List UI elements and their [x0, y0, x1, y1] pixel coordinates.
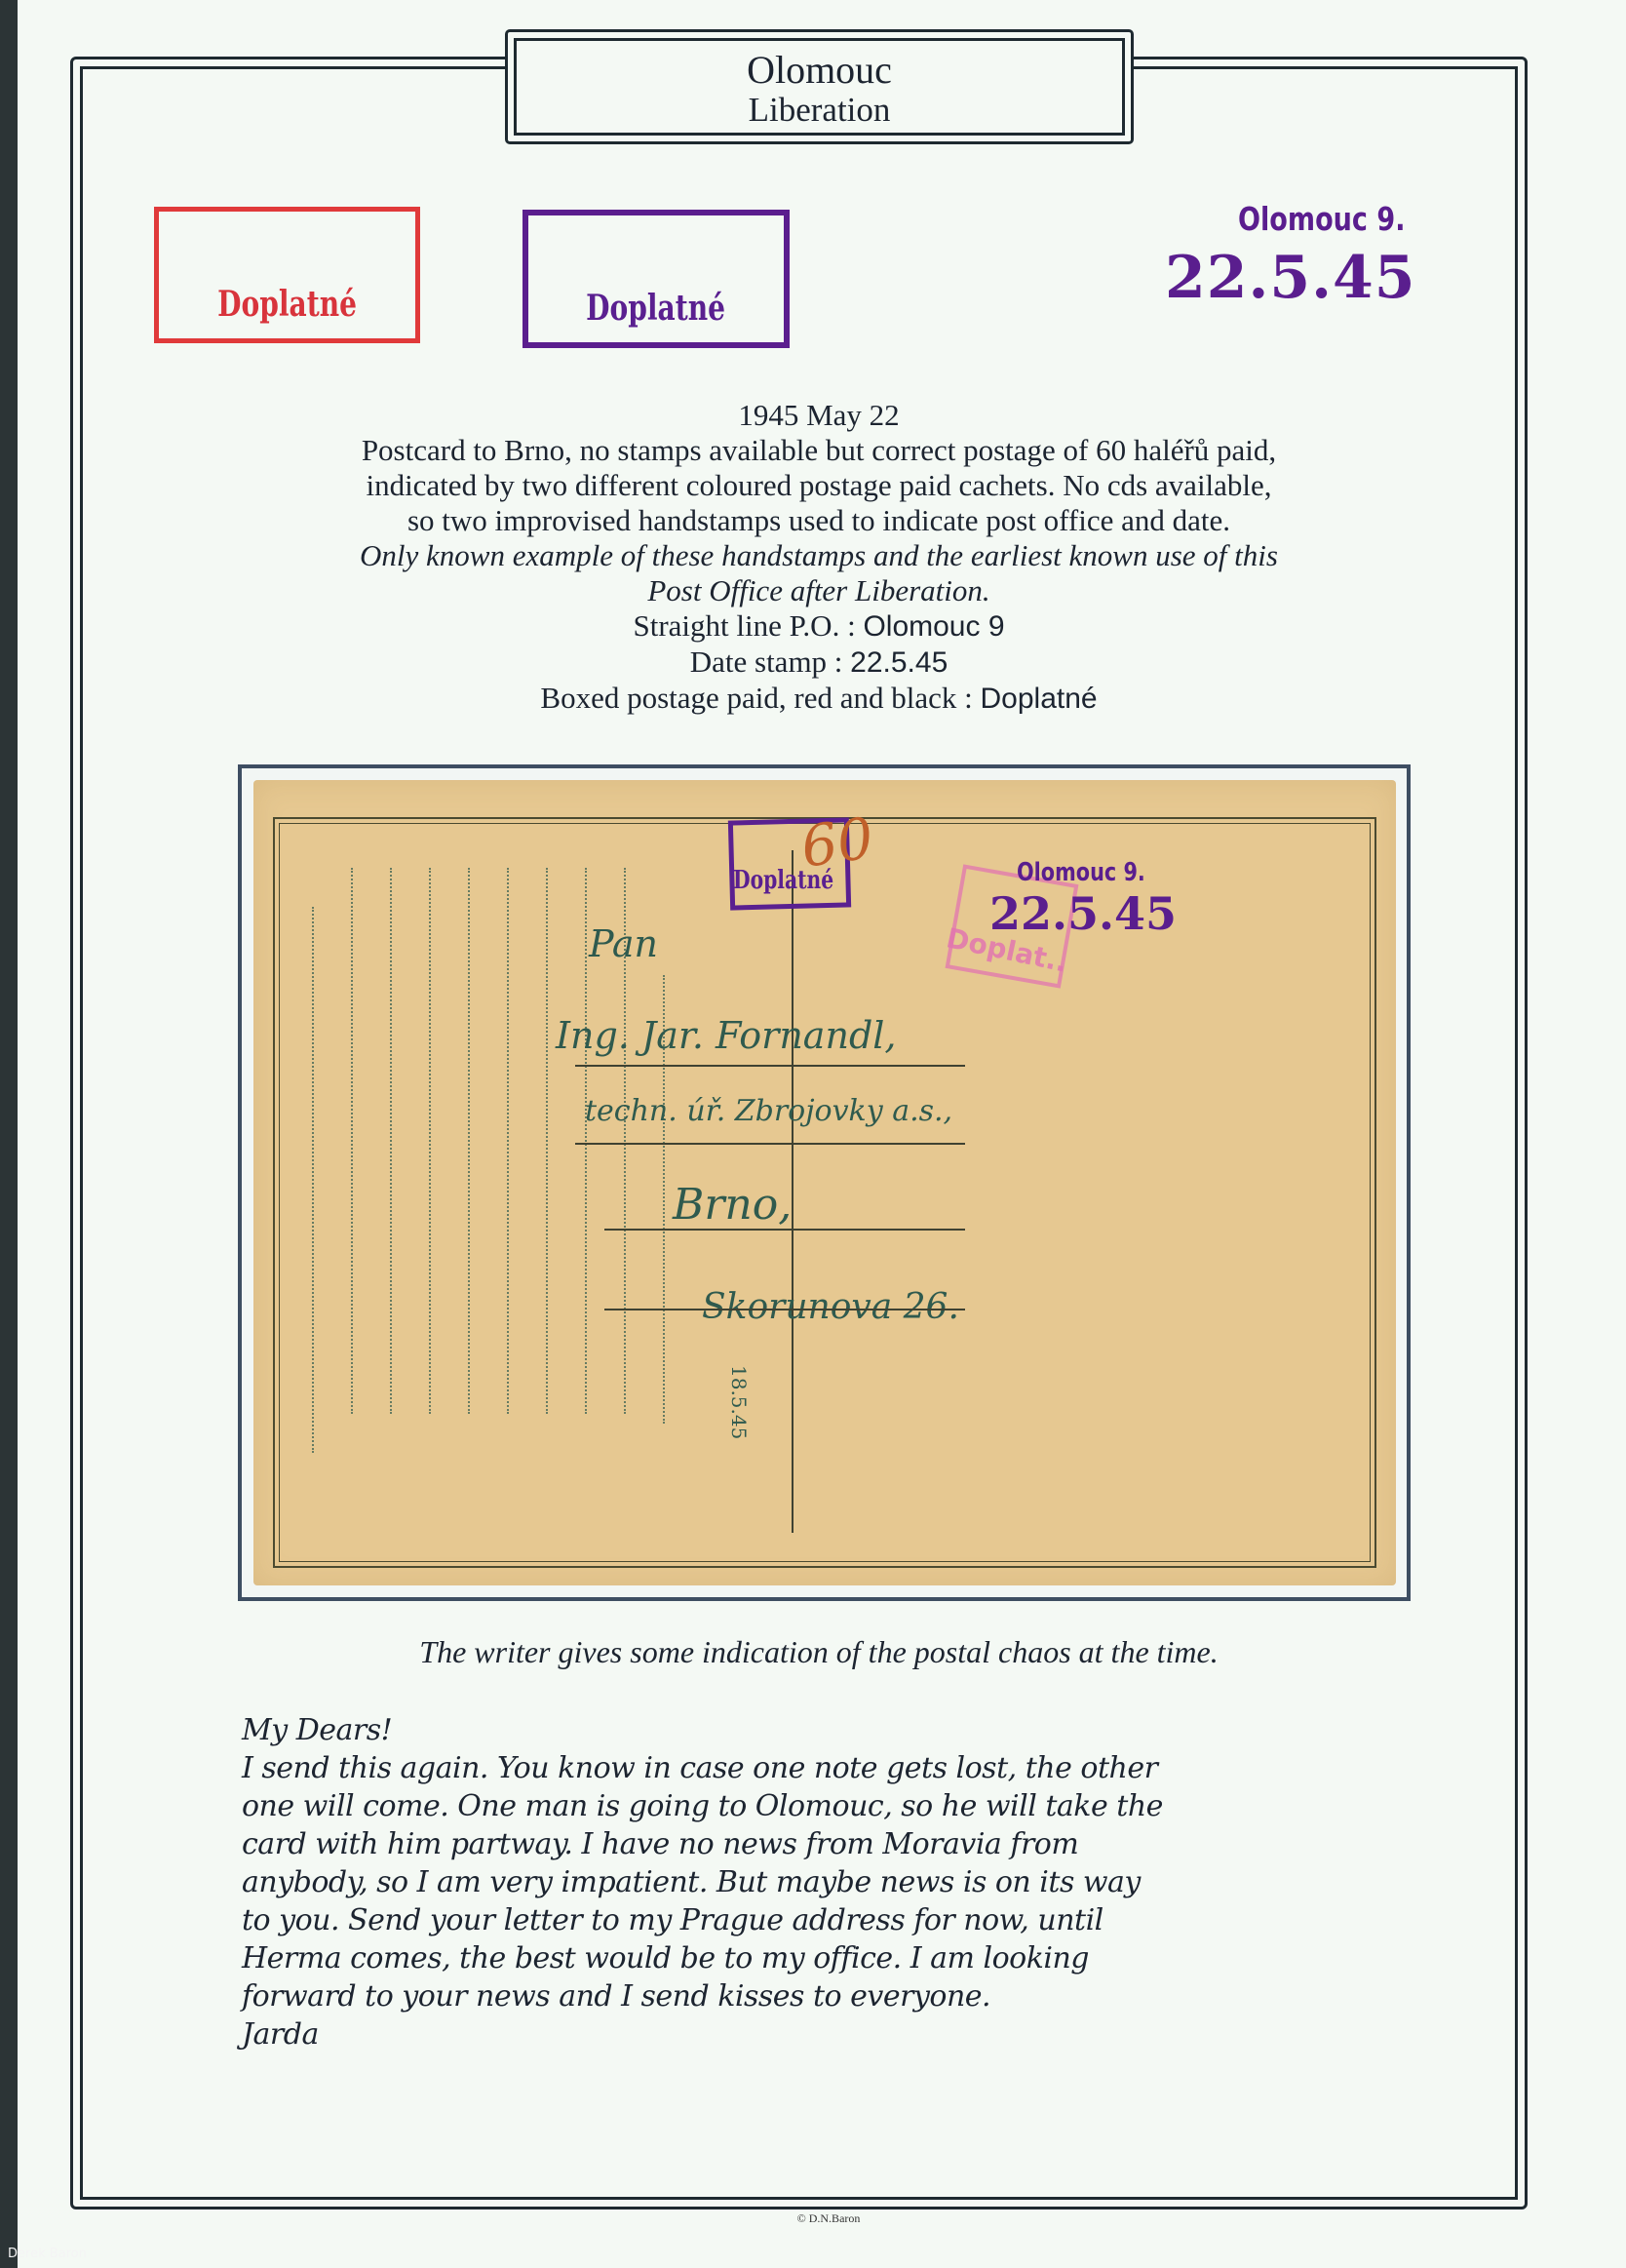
description: 1945 May 22 Postcard to Brno, no stamps …	[224, 398, 1413, 717]
translation-line: Herma comes, the best would be to my off…	[242, 1939, 1412, 1977]
translation-line: My Dears!	[242, 1711, 1412, 1749]
boxed-paid-row: Boxed postage paid, red and black : Dopl…	[224, 681, 1413, 717]
address-line: Brno,	[673, 1180, 792, 1230]
handwritten-message-line	[546, 868, 561, 1414]
handwritten-message-line	[390, 868, 406, 1414]
straight-line-label: Straight line P.O. :	[633, 608, 863, 643]
handwritten-message-line	[507, 868, 523, 1414]
address-line: Pan	[589, 922, 658, 965]
address-line: Ing. Jar. Fornandl,	[556, 1014, 897, 1057]
copyright: © D.N.Baron	[682, 2211, 975, 2226]
red-cachet-sample: Doplatné	[154, 207, 420, 343]
description-line: so two improvised handstamps used to ind…	[224, 503, 1413, 538]
boxed-paid-value: Doplatné	[981, 683, 1098, 715]
translation-signature: Jarda	[242, 2015, 1412, 2053]
page-title: Olomouc	[517, 49, 1122, 92]
handwritten-message-line	[468, 868, 484, 1414]
address-line: Skorunova 26.	[702, 1287, 959, 1327]
boxed-paid-label: Boxed postage paid, red and black :	[540, 681, 980, 715]
scan-edge-strip	[0, 0, 18, 2268]
card-post-office-stamp: Olomouc 9.	[1017, 858, 1145, 887]
translation-line: I send this again. You know in case one …	[242, 1749, 1412, 1787]
address-rule	[604, 1229, 965, 1231]
card-date-note: 18.5.45	[727, 1365, 751, 1439]
description-date: 1945 May 22	[224, 398, 1413, 433]
postcard-mount: 18.5.45 Doplatné 60 Doplat.. Olomouc 9. …	[238, 764, 1411, 1601]
translation: My Dears! I send this again. You know in…	[242, 1711, 1412, 2053]
translation-line: one will come. One man is going to Olomo…	[242, 1787, 1412, 1825]
caption: The writer gives some indication of the …	[224, 1634, 1413, 1670]
handwritten-message-line	[312, 907, 328, 1453]
straight-line-value: Olomouc 9	[863, 610, 1004, 643]
date-stamp-row: Date stamp : 22.5.45	[224, 645, 1413, 681]
date-stamp-value: 22.5.45	[850, 646, 948, 679]
address-rule	[575, 1143, 965, 1145]
card-divider	[792, 850, 794, 1533]
translation-line: anybody, so I am very impatient. But may…	[242, 1863, 1412, 1901]
translation-line: forward to your news and I send kisses t…	[242, 1977, 1412, 2015]
date-stamp-label: Date stamp :	[690, 645, 850, 679]
manuscript-rate: 60	[797, 804, 878, 880]
page-subtitle: Liberation	[517, 92, 1122, 129]
title-box: Olomouc Liberation	[505, 29, 1134, 144]
translation-line: to you. Send your letter to my Prague ad…	[242, 1901, 1412, 1939]
purple-cachet-text: Doplatné	[587, 288, 726, 329]
address-rule	[575, 1065, 965, 1067]
description-line: Postcard to Brno, no stamps available bu…	[224, 433, 1413, 468]
handwritten-message-line	[351, 868, 367, 1414]
description-italic-line: Post Office after Liberation.	[224, 573, 1413, 608]
post-office-stamp-sample: Olomouc 9.	[1238, 200, 1405, 238]
straight-line-po-row: Straight line P.O. : Olomouc 9	[224, 608, 1413, 645]
handwritten-message-line	[429, 868, 445, 1414]
translation-line: card with him partway. I have no news fr…	[242, 1825, 1412, 1863]
watermark: Derek Baron	[8, 2247, 87, 2261]
purple-cachet-sample: Doplatné	[523, 210, 790, 348]
card-date-stamp: 22.5.45	[989, 887, 1177, 940]
red-cachet-text: Doplatné	[217, 284, 357, 325]
address-rule	[604, 1309, 965, 1310]
description-italic-line: Only known example of these handstamps a…	[224, 538, 1413, 573]
description-line: indicated by two different coloured post…	[224, 468, 1413, 503]
address-line: techn. úř. Zbrojovky a.s.,	[585, 1094, 952, 1128]
postcard-image: 18.5.45 Doplatné 60 Doplat.. Olomouc 9. …	[253, 780, 1396, 1585]
date-stamp-sample: 22.5.45	[1165, 244, 1416, 312]
